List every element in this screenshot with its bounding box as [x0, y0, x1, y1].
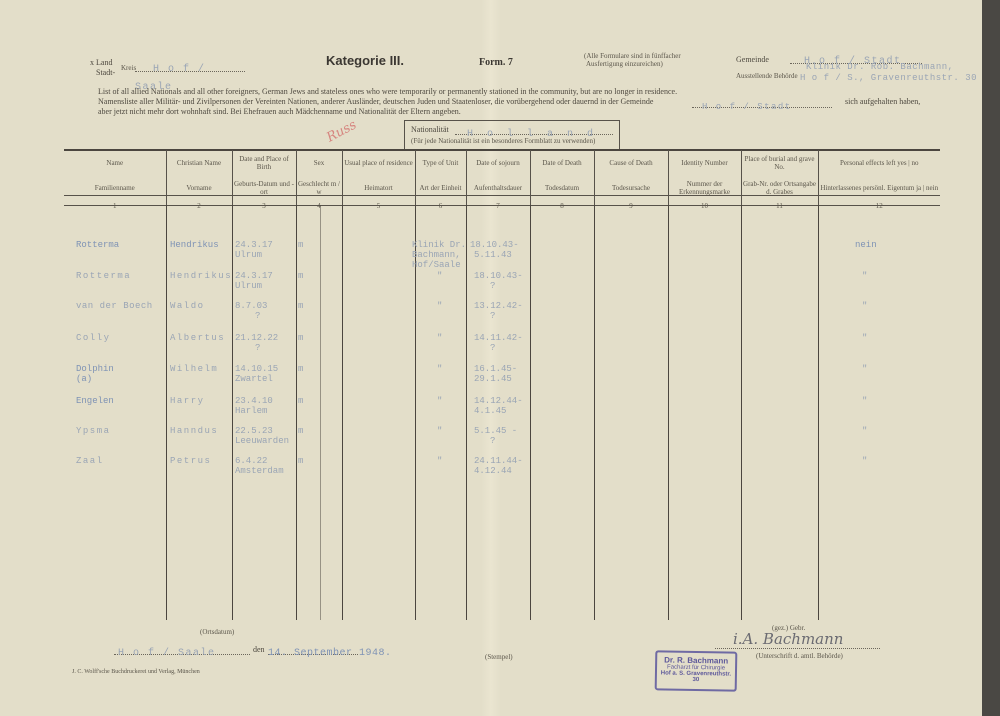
col-2-de: Vorname [166, 176, 232, 200]
sex: m [298, 426, 305, 437]
col-12-num: 12 [818, 200, 940, 212]
first-name: Hendrikus [170, 240, 219, 251]
col-3-en: Date and Place of Birth [232, 150, 296, 176]
col-4-num: 4 [296, 200, 342, 212]
col-9-de: Todesursache [594, 176, 668, 200]
forms-note-2: Ausfertigung einzureichen) [586, 60, 663, 69]
sojourn-to: 29.1.45 [474, 374, 512, 385]
land-label: x Land [90, 58, 112, 68]
red-handwritten-mark: Russ [324, 117, 359, 145]
col-12-de: Hinterlassenes persönl. Eigentum ja | ne… [818, 176, 940, 200]
col-1-de: Familienname [64, 176, 166, 200]
sojourn-to: ? [490, 436, 495, 447]
effects-ditto: " [862, 301, 867, 311]
col-2-num: 2 [166, 200, 232, 212]
sojourn-from: 14.11.42- [474, 333, 523, 344]
nationality-note: (Für jede Nationalität ist ein besondere… [411, 137, 595, 146]
birth-place: Ulrum [235, 250, 262, 261]
scan-edge [982, 0, 1000, 716]
effects-ditto: " [862, 426, 867, 436]
column-rule [530, 205, 531, 620]
surname: Engelen [76, 396, 114, 407]
sex: m [298, 333, 305, 344]
col-9-num: 9 [594, 200, 668, 212]
nationality-box: Nationalität H o l l a n d (Für jede Nat… [404, 120, 620, 150]
stamp-line-3: Hof a. S. Gravenreuthstr. 30 [657, 670, 735, 683]
col-3-num: 3 [232, 200, 296, 212]
sojourn-from: 5.1.45 - [474, 426, 517, 437]
col-7-num: 7 [466, 200, 530, 212]
printer-note: J. C. Wolff'sche Buchdruckerei und Verla… [72, 668, 200, 677]
intro-line-3: aber jetzt nicht mehr dort wohnhaft sind… [98, 107, 461, 117]
first-name: Harry [170, 396, 205, 407]
signature-caption: (Unterschrift d. amtl. Behörde) [756, 652, 843, 661]
header-bottom-rule [64, 205, 940, 206]
surname: Rotterma [76, 271, 131, 282]
col-12-en: Personal effects left yes | no [818, 150, 940, 176]
den-label: den [253, 645, 265, 655]
effects-ditto: " [862, 364, 867, 374]
first-name: Petrus [170, 456, 211, 467]
sojourn-from: 18.10.43- [474, 271, 523, 282]
col-9-en: Cause of Death [594, 150, 668, 176]
nationality-label: Nationalität [411, 125, 449, 135]
sex: m [298, 301, 305, 312]
document-page: x Land Stadt- Kreis H o f / Saale Katego… [0, 0, 982, 716]
unit-ditto: " [437, 364, 442, 374]
first-name: Waldo [170, 301, 205, 312]
col-7-en: Date of sojourn [466, 150, 530, 176]
sex: m [298, 396, 305, 407]
column-rule [232, 205, 233, 620]
nationality-field: H o l l a n d [455, 123, 613, 135]
col-4-de: Geschlecht m / w [296, 176, 342, 200]
unit-line-3: Hof/Saale [412, 260, 461, 271]
surname: Colly [76, 333, 111, 344]
personal-effects: nein [855, 240, 877, 251]
birth-place: ? [255, 343, 260, 354]
col-11-en: Place of burial and grave No. [741, 150, 818, 176]
sex: m [298, 271, 305, 282]
column-rule [320, 205, 321, 620]
surname-line-2: (a) [76, 374, 92, 385]
unit-ditto: " [437, 301, 442, 311]
birth-place: Ulrum [235, 281, 262, 292]
date-field: 14. September 1948. [268, 642, 358, 655]
col-11-de: Grab-Nr. oder Ortsangabe d. Grabes [741, 176, 818, 200]
birth-place: Zwartel [235, 374, 273, 385]
sex: m [298, 456, 305, 467]
surname: Ypsma [76, 426, 111, 437]
col-4-en: Sex [296, 150, 342, 176]
col-2-en: Christian Name [166, 150, 232, 176]
effects-ditto: " [862, 396, 867, 406]
place-value: H o f / Saale [118, 648, 216, 659]
surname: Zaal [76, 456, 104, 467]
intro-line-german: Namensliste aller Militär- und Zivilpers… [98, 97, 653, 107]
column-rule [668, 205, 669, 620]
col-10-num: 10 [668, 200, 741, 212]
col-6-de: Art der Einheit [415, 176, 466, 200]
birth-place: ? [255, 311, 260, 322]
kreis-label: Kreis [121, 64, 136, 73]
birth-place: Amsterdam [235, 466, 284, 477]
col-6-en: Type of Unit [415, 150, 466, 176]
first-name: Wilhelm [170, 364, 218, 375]
effects-ditto: " [862, 333, 867, 343]
first-name: Hanndus [170, 426, 218, 437]
column-rule [296, 205, 297, 620]
col-11-num: 11 [741, 200, 818, 212]
unit-ditto: " [437, 333, 442, 343]
col-1-en: Name [64, 150, 166, 176]
surname: Rotterma [76, 240, 119, 251]
kreis-field: H o f / Saale [135, 58, 245, 72]
sex: m [298, 240, 305, 251]
place-field: H o f / Saale [114, 642, 250, 655]
effects-ditto: " [862, 271, 867, 281]
date-value: 14. September 1948. [268, 648, 392, 659]
sojourn-to: ? [490, 311, 495, 322]
sojourn-to: 4.1.45 [474, 406, 506, 417]
behoerde-value-2: H o f / S., Gravenreuthstr. 30 [800, 73, 977, 83]
gemeinde-value-2: H o f / Stadt [702, 102, 792, 112]
col-5-en: Usual place of residence [342, 150, 415, 176]
stempel-label: (Stempel) [485, 653, 513, 662]
sojourn-to: 4.12.44 [474, 466, 512, 477]
first-name: Albertus [170, 333, 225, 344]
column-rule [741, 205, 742, 620]
sojourn-to: ? [490, 281, 495, 292]
place-caption: (Ortsdatum) [200, 628, 234, 637]
header-divider [64, 195, 940, 196]
sojourn-to: ? [490, 343, 495, 354]
effects-ditto: " [862, 456, 867, 466]
column-rule [818, 205, 819, 620]
col-3-de: Geburts-Datum und -ort [232, 176, 296, 200]
col-5-num: 5 [342, 200, 415, 212]
unit-ditto: " [437, 396, 442, 406]
sojourn-from: 13.12.42- [474, 301, 523, 312]
gemeinde-label: Gemeinde [736, 55, 769, 65]
first-name: Hendrikus [170, 271, 232, 282]
col-8-en: Date of Death [530, 150, 594, 176]
signature: i.A. Bachmann [733, 630, 843, 648]
col-8-num: 8 [530, 200, 594, 212]
column-rule [166, 205, 167, 620]
sojourn-to: 5.11.43 [474, 250, 512, 261]
behoerde-value-1: Klinik Dr. Rob. Bachmann, [806, 62, 954, 72]
gemeinde-field-2: H o f / Stadt [692, 96, 832, 108]
col-10-de: Nummer der Erkennungsmarke [668, 176, 741, 200]
unit-ditto: " [437, 456, 442, 466]
col-10-en: Identity Number [668, 150, 741, 176]
sex: m [298, 364, 305, 375]
column-rule [594, 205, 595, 620]
doctor-stamp: Dr. R. Bachmann Facharzt für Chirurgie H… [655, 650, 738, 691]
casualty-table-header: Name Christian Name Date and Place of Bi… [64, 150, 940, 212]
col-6-num: 6 [415, 200, 466, 212]
signature-line [715, 648, 880, 649]
col-5-de: Heimatort [342, 176, 415, 200]
unit-ditto: " [437, 271, 442, 281]
birth-place: Harlem [235, 406, 267, 417]
col-1-num: 1 [64, 200, 166, 212]
document-title: Kategorie III. [326, 53, 404, 68]
surname: van der Boech [76, 301, 153, 312]
col-8-de: Todesdatum [530, 176, 594, 200]
column-rule [466, 205, 467, 620]
behoerde-label: Ausstellende Behörde [736, 72, 798, 81]
intro-line-suffix: sich aufgehalten haben, [845, 97, 920, 107]
form-number: Form. 7 [479, 57, 513, 68]
column-rule [342, 205, 343, 620]
birth-date: 8.7.03 [235, 301, 267, 312]
birth-place: Leeuwarden [235, 436, 289, 447]
unit-ditto: " [437, 426, 442, 436]
stadt-label: Stadt- [96, 68, 115, 78]
col-7-de: Aufenthaltsdauer [466, 176, 530, 200]
